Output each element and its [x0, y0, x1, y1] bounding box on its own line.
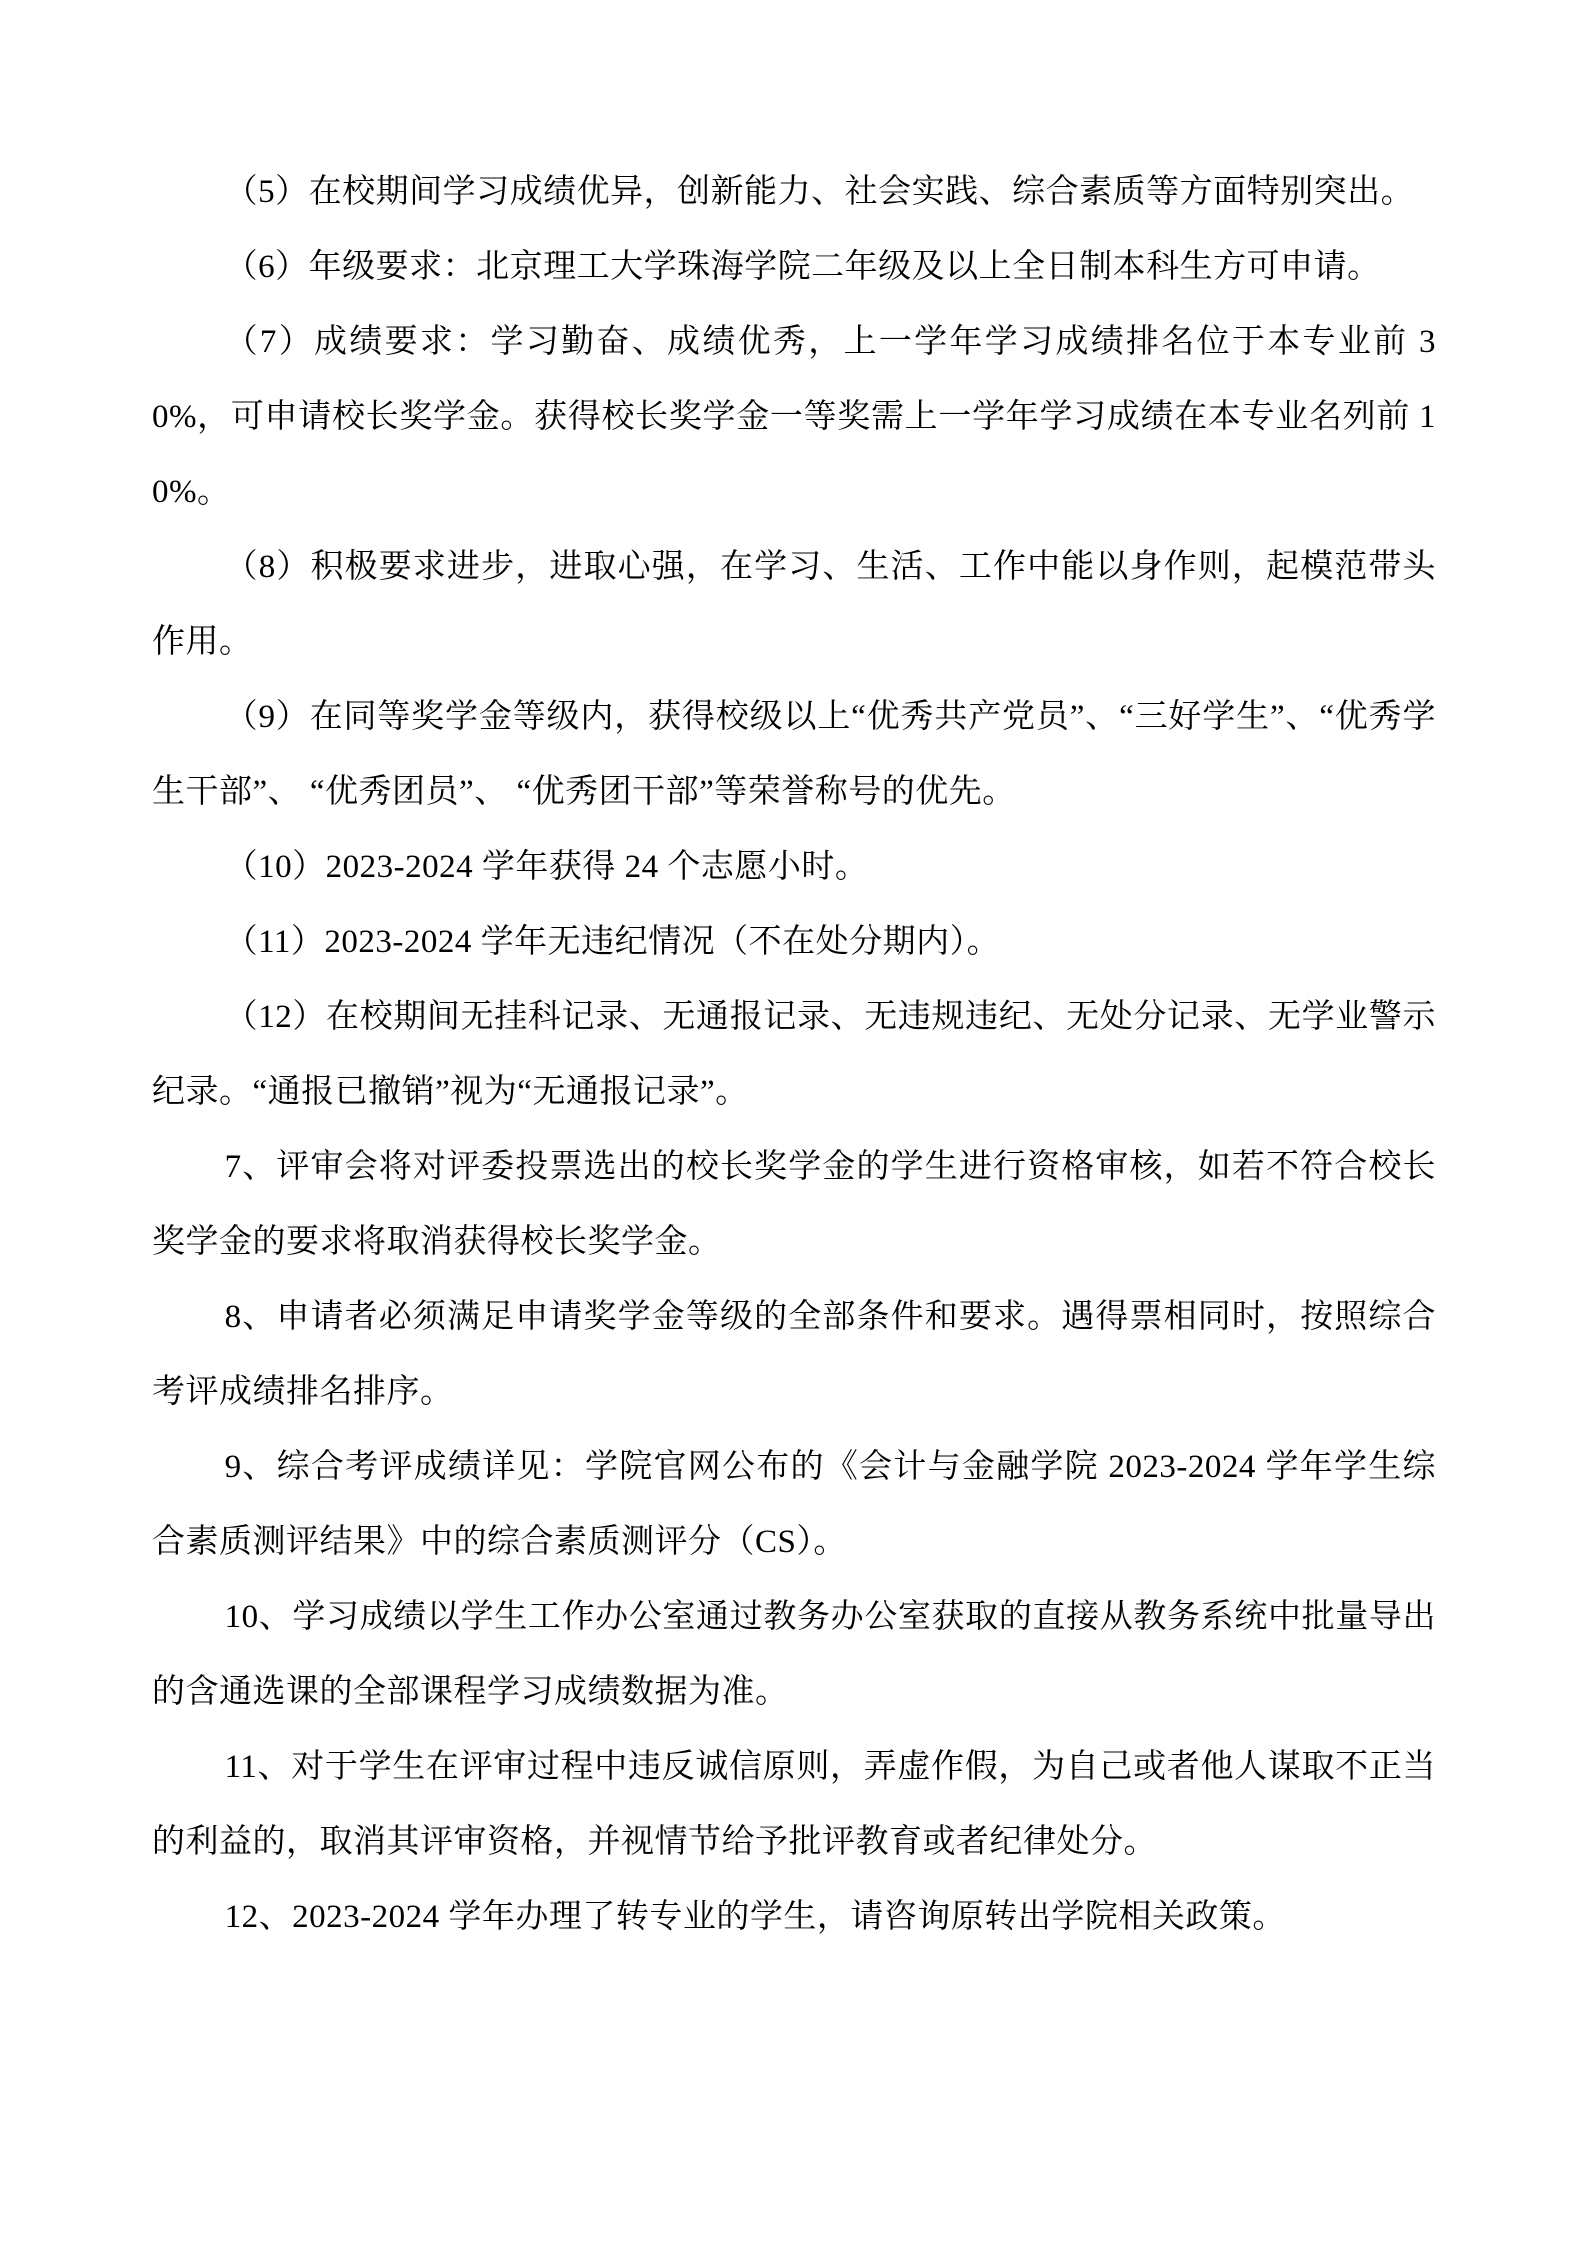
paragraph: 9、综合考评成绩详见：学院官网公布的《会计与金融学院 2023-2024 学年学… [152, 1430, 1436, 1580]
paragraph: （9）在同等奖学金等级内，获得校级以上“优秀共产党员”、“三好学生”、“优秀学生… [152, 680, 1436, 830]
document-page: （5）在校期间学习成绩优异，创新能力、社会实践、综合素质等方面特别突出。（6）年… [0, 0, 1586, 2245]
document-body: （5）在校期间学习成绩优异，创新能力、社会实践、综合素质等方面特别突出。（6）年… [152, 155, 1436, 1955]
paragraph: 8、申请者必须满足申请奖学金等级的全部条件和要求。遇得票相同时，按照综合考评成绩… [152, 1280, 1436, 1430]
paragraph: （11）2023-2024 学年无违纪情况（不在处分期内）。 [152, 905, 1436, 980]
paragraph: 12、2023-2024 学年办理了转专业的学生，请咨询原转出学院相关政策。 [152, 1880, 1436, 1955]
paragraph: （7）成绩要求：学习勤奋、成绩优秀，上一学年学习成绩排名位于本专业前 30%，可… [152, 305, 1436, 530]
paragraph: 7、评审会将对评委投票选出的校长奖学金的学生进行资格审核，如若不符合校长奖学金的… [152, 1130, 1436, 1280]
paragraph: （6）年级要求：北京理工大学珠海学院二年级及以上全日制本科生方可申请。 [152, 230, 1436, 305]
paragraph: 11、对于学生在评审过程中违反诚信原则，弄虚作假，为自己或者他人谋取不正当的利益… [152, 1730, 1436, 1880]
paragraph: 10、学习成绩以学生工作办公室通过教务办公室获取的直接从教务系统中批量导出的含通… [152, 1580, 1436, 1730]
paragraph: （8）积极要求进步，进取心强，在学习、生活、工作中能以身作则，起模范带头作用。 [152, 530, 1436, 680]
paragraph: （12）在校期间无挂科记录、无通报记录、无违规违纪、无处分记录、无学业警示纪录。… [152, 980, 1436, 1130]
paragraph: （5）在校期间学习成绩优异，创新能力、社会实践、综合素质等方面特别突出。 [152, 155, 1436, 230]
paragraph: （10）2023-2024 学年获得 24 个志愿小时。 [152, 830, 1436, 905]
